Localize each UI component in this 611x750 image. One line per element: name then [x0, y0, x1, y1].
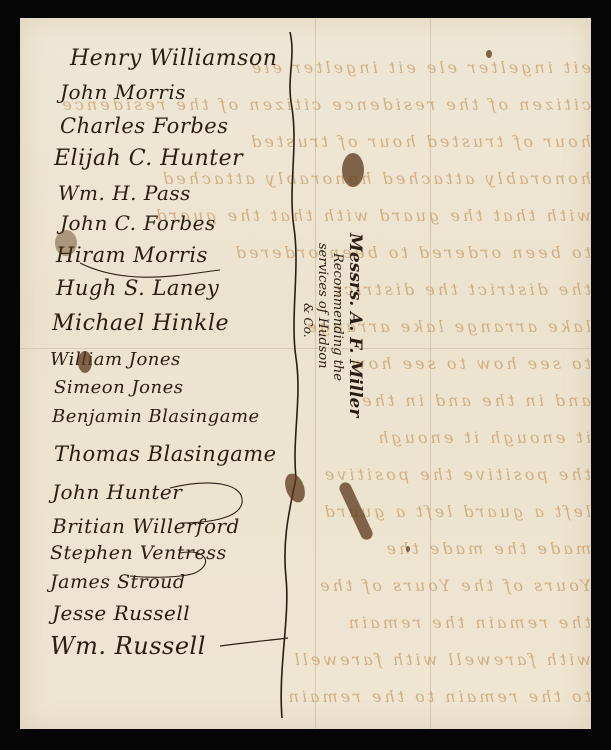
ink-stain: [342, 153, 364, 187]
signature: Thomas Blasingame: [54, 442, 277, 466]
signature: John Morris: [60, 80, 186, 104]
signature: Henry Williamson: [70, 46, 277, 71]
signature: John C. Forbes: [60, 211, 216, 235]
signature: Elijah C. Hunter: [54, 146, 243, 171]
signature: Benjamin Blasingame: [52, 406, 260, 427]
manuscript-page: eit ingelter ele eit ingelter elecitizen…: [20, 18, 591, 729]
signature: Simeon Jones: [54, 377, 184, 398]
signature: Stephen Ventress: [50, 542, 227, 564]
signature: Wm. Russell: [50, 632, 206, 660]
signature: Hiram Morris: [56, 243, 208, 267]
ink-stain: [55, 230, 77, 256]
signature: Wm. H. Pass: [58, 181, 191, 205]
docket-line: Recommending the: [330, 253, 345, 417]
docket-title: Messrs. A. F. Miller: [345, 233, 365, 417]
signature: James Stroud: [50, 571, 186, 593]
signature: Britian Willerford: [52, 514, 240, 538]
signature: William Jones: [50, 349, 181, 370]
docket-line: services of Hudson: [315, 243, 330, 417]
signature: John Hunter: [52, 480, 182, 504]
signature: Charles Forbes: [60, 114, 229, 138]
signature: Michael Hinkle: [52, 311, 229, 336]
signature: Jesse Russell: [52, 601, 190, 625]
signature: Hugh S. Laney: [56, 276, 219, 300]
ink-spot: [486, 50, 492, 58]
ink-stain: [78, 351, 92, 373]
ink-spot: [406, 546, 410, 552]
docket-line: & Co.: [301, 303, 315, 417]
